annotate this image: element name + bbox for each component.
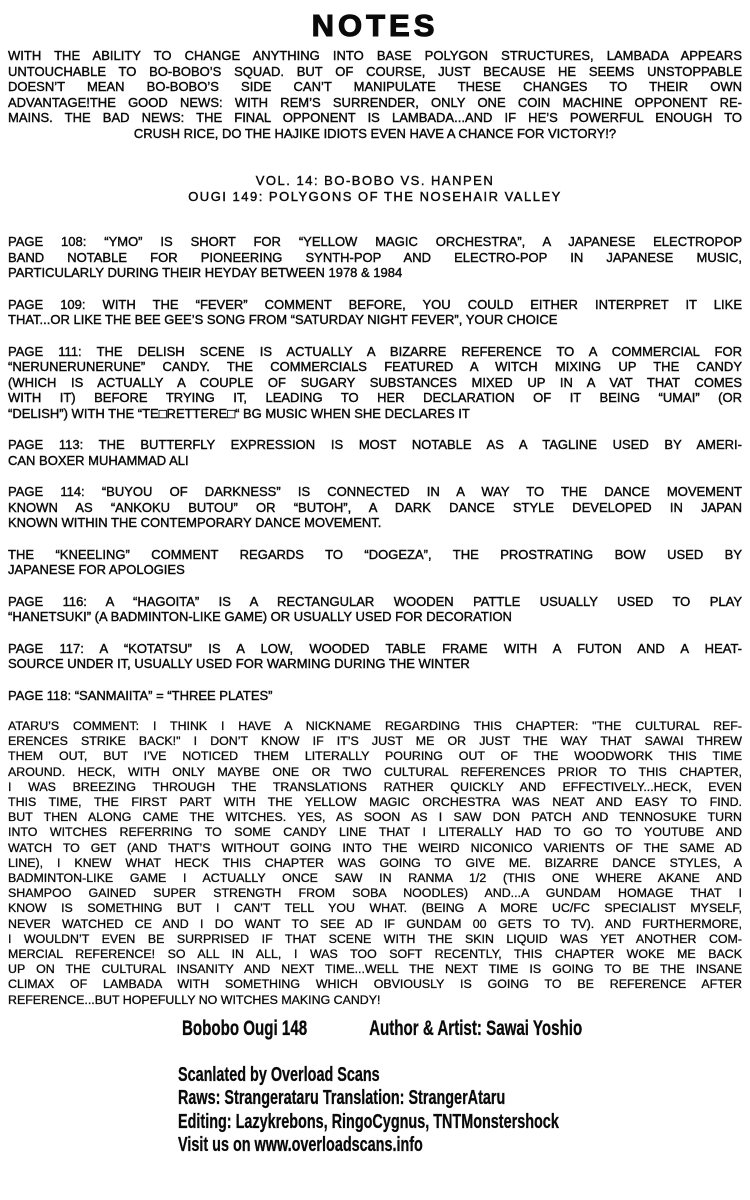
- credit-website: Visit us on www.overloadscans.info: [178, 1134, 590, 1158]
- note-page-114-line-2: KNOWN AS “ANKOKU BUTOU” OR “BUTOH”, A DA…: [8, 500, 742, 516]
- note-page-118-line-1: PAGE 118: “SANMAIITA” = “THREE PLATES”: [8, 688, 742, 704]
- ataru-comment-line-11: BADMINTON-LIKE GAME I ACTUALLY ONCE SAW …: [8, 871, 742, 886]
- intro-summary-line-2: UNTOUCHABLE TO BO-BOBO’S SQUAD. BUT OF C…: [8, 64, 742, 80]
- note-page-116: PAGE 116: A “HAGOITA” IS A RECTANGULAR W…: [8, 594, 742, 625]
- note-page-111-line-1: PAGE 111: THE DELISH SCENE IS ACTUALLY A…: [8, 344, 742, 360]
- note-page-108-line-3: PARTICULARLY DURING THEIR HEYDAY BETWEEN…: [8, 265, 742, 281]
- ataru-comment-line-8: INTO WITCHES REFERRING TO SOME CANDY LIN…: [8, 825, 742, 840]
- note-page-111-line-3: (WHICH IS ACTUALLY A COUPLE OF SUGARY SU…: [8, 375, 742, 391]
- author-credit: Author & Artist: Sawai Yoshio: [369, 1016, 582, 1042]
- note-page-117-line-2: SOURCE UNDER IT, USUALLY USED FOR WARMIN…: [8, 656, 742, 672]
- note-page-114: PAGE 114: “BUYOU OF DARKNESS” IS CONNECT…: [8, 484, 742, 531]
- note-page-117: PAGE 117: A “KOTATSU” IS A LOW, WOODED T…: [8, 641, 742, 672]
- ataru-comment-line-19: REFERENCE...BUT HOPEFULLY NO WITCHES MAK…: [8, 993, 742, 1008]
- note-page-113: PAGE 113: THE BUTTERFLY EXPRESSION IS MO…: [8, 437, 742, 468]
- notes-body: WITH THE ABILITY TO CHANGE ANYTHING INTO…: [0, 46, 750, 1008]
- intro-summary: WITH THE ABILITY TO CHANGE ANYTHING INTO…: [8, 48, 742, 141]
- ataru-comment-line-14: NEVER WATCHED CE AND I DO WANT TO SEE AD…: [8, 917, 742, 932]
- note-page-109-line-1: PAGE 109: WITH THE “FEVER” COMMENT BEFOR…: [8, 297, 742, 313]
- ataru-comment-line-3: THEM OUT, BUT I’VE NOTICED THEM LITERALL…: [8, 749, 742, 764]
- volume-title-line-1: VOL. 14: BO-BOBO VS. HANPEN: [8, 173, 742, 189]
- note-page-113-line-1: PAGE 113: THE BUTTERFLY EXPRESSION IS MO…: [8, 437, 742, 453]
- note-page-111-line-2: “NERUNERUNERUNE” CANDY. THE COMMERCIALS …: [8, 359, 742, 375]
- ataru-comment-line-4: AROUND. HECK, WITH ONLY MAYBE ONE OR TWO…: [8, 765, 742, 780]
- ataru-comment-line-12: SHAMPOO GAINED SUPER STRENGTH FROM SOBA …: [8, 886, 742, 901]
- chapter-credit-row: Bobobo Ougi 148 Author & Artist: Sawai Y…: [182, 1016, 591, 1042]
- note-page-108-line-1: PAGE 108: “YMO” IS SHORT FOR “YELLOW MAG…: [8, 234, 742, 250]
- intro-summary-line-1: WITH THE ABILITY TO CHANGE ANYTHING INTO…: [8, 48, 742, 64]
- ataru-comment-line-6: THIS TIME, THE FIRST PART WITH THE YELLO…: [8, 795, 742, 810]
- ataru-comment-line-1: ATARU’S COMMENT: I THINK I HAVE A NICKNA…: [8, 719, 742, 734]
- notes-page: NOTES WITH THE ABILITY TO CHANGE ANYTHIN…: [0, 0, 750, 1200]
- note-page-108: PAGE 108: “YMO” IS SHORT FOR “YELLOW MAG…: [8, 234, 742, 281]
- volume-title: VOL. 14: BO-BOBO VS. HANPENOUGI 149: POL…: [8, 173, 742, 204]
- note-page-109-line-2: THAT...OR LIKE THE BEE GEE’S SONG FROM “…: [8, 312, 742, 328]
- intro-summary-line-5: MAINS. THE BAD NEWS: THE FINAL OPPONENT …: [8, 110, 742, 126]
- intro-summary-line-6: CRUSH RICE, DO THE HAJIKE IDIOTS EVEN HA…: [8, 126, 742, 142]
- ataru-comment-line-13: KNOW IS SOMETHING BUT I CAN’T TELL YOU W…: [8, 901, 742, 916]
- ataru-comment-line-10: LINE), I KNEW WHAT HECK THIS CHAPTER WAS…: [8, 856, 742, 871]
- ataru-comment-line-17: UP ON THE CULTURAL INSANITY AND NEXT TIM…: [8, 962, 742, 977]
- intro-summary-line-3: DOESN’T MEAN BO-BOBO’S SIDE CAN’T MANIPU…: [8, 79, 742, 95]
- note-kneeling-line-2: JAPANESE FOR APOLOGIES: [8, 562, 742, 578]
- intro-summary-line-4: ADVANTAGE!THE GOOD NEWS: WITH REM’S SURR…: [8, 95, 742, 111]
- ataru-comment-line-9: WATCH TO GET (AND THAT’S WITHOUT GOING I…: [8, 841, 742, 856]
- note-page-114-line-3: KNOWN WITHIN THE CONTEMPORARY DANCE MOVE…: [8, 515, 742, 531]
- credit-scanlated: Scanlated by Overload Scans: [178, 1064, 590, 1088]
- note-page-111-line-4: WITH IT) BEFORE TRYING IT, LEADING TO HE…: [8, 390, 742, 406]
- chapter-credit: Bobobo Ougi 148: [182, 1016, 307, 1042]
- scanlation-credits: Scanlated by Overload Scans Raws: Strang…: [178, 1064, 590, 1158]
- ataru-comment-line-15: I WOULDN’T EVEN BE SURPRISED IF THAT SCE…: [8, 932, 742, 947]
- note-kneeling: THE “KNEELING” COMMENT REGARDS TO “DOGEZ…: [8, 547, 742, 578]
- credit-editing: Editing: Lazykrebons, RingoCygnus, TNTMo…: [178, 1111, 590, 1135]
- note-page-116-line-1: PAGE 116: A “HAGOITA” IS A RECTANGULAR W…: [8, 594, 742, 610]
- note-page-113-line-2: CAN BOXER MUHAMMAD ALI: [8, 453, 742, 469]
- ataru-comment-line-18: CLIMAX OF LAMBADA WITH SOMETHING WHICH O…: [8, 977, 742, 992]
- ataru-comment-line-16: MERCIAL REFERENCE! SO ALL IN ALL, I WAS …: [8, 947, 742, 962]
- note-kneeling-line-1: THE “KNEELING” COMMENT REGARDS TO “DOGEZ…: [8, 547, 742, 563]
- note-page-116-line-2: “HANETSUKI” (A BADMINTON-LIKE GAME) OR U…: [8, 609, 742, 625]
- ataru-comment-line-5: I WAS BREEZING THROUGH THE TRANSLATIONS …: [8, 780, 742, 795]
- note-page-108-line-2: BAND NOTABLE FOR PIONEERING SYNTH-POP AN…: [8, 250, 742, 266]
- note-page-118: PAGE 118: “SANMAIITA” = “THREE PLATES”: [8, 688, 742, 704]
- note-page-109: PAGE 109: WITH THE “FEVER” COMMENT BEFOR…: [8, 297, 742, 328]
- page-title: NOTES: [0, 6, 750, 46]
- ataru-comment-line-7: BUT THEN ALONG CAME THE WITCHES. YES, AS…: [8, 810, 742, 825]
- note-page-111-line-5: “DELISH”) WITH THE “TE□RETTERE□“ BG MUSI…: [8, 406, 742, 422]
- note-page-114-line-1: PAGE 114: “BUYOU OF DARKNESS” IS CONNECT…: [8, 484, 742, 500]
- volume-title-line-2: OUGI 149: POLYGONS OF THE NOSEHAIR VALLE…: [8, 189, 742, 205]
- credit-raws-translation: Raws: Strangerataru Translation: Strange…: [178, 1087, 590, 1111]
- ataru-comment-line-2: ERENCES STRIKE BACK!" I DON’T KNOW IF IT…: [8, 734, 742, 749]
- note-page-117-line-1: PAGE 117: A “KOTATSU” IS A LOW, WOODED T…: [8, 641, 742, 657]
- note-page-111: PAGE 111: THE DELISH SCENE IS ACTUALLY A…: [8, 344, 742, 422]
- ataru-comment: ATARU’S COMMENT: I THINK I HAVE A NICKNA…: [8, 719, 742, 1008]
